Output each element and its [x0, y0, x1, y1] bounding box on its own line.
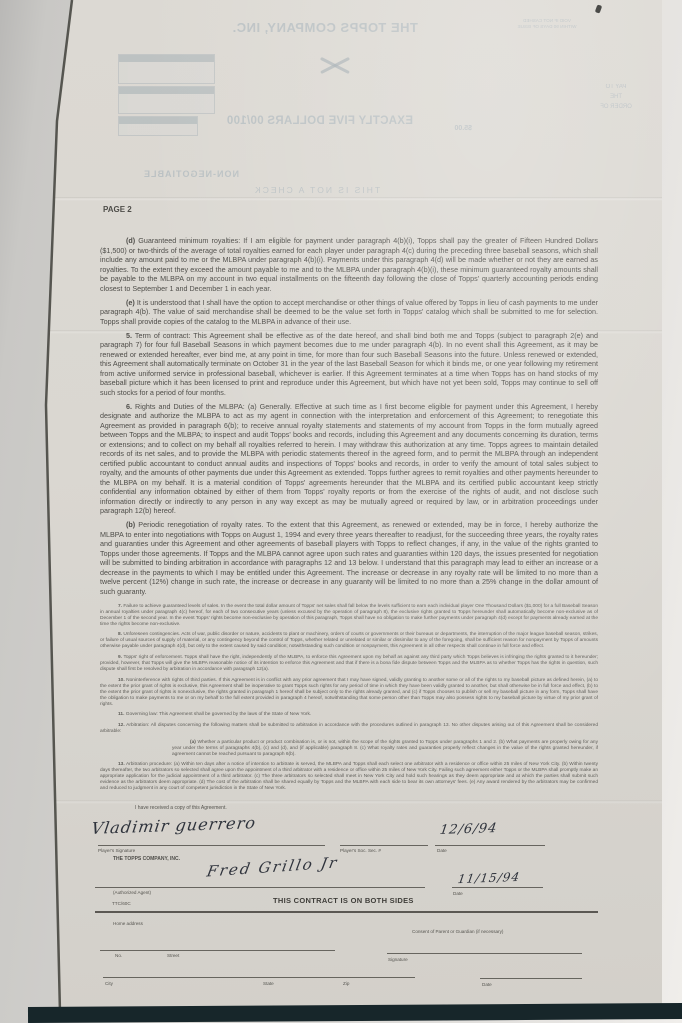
- showthrough-not-a-check: THIS IS NOT A CHECK: [253, 185, 380, 195]
- paragraph-number: (b): [126, 520, 135, 529]
- agent-date-line: [452, 887, 543, 888]
- home-address-label: Home address: [113, 921, 143, 926]
- contract-body: (d) Guaranteed minimum royalties: If I a…: [100, 236, 598, 802]
- guardian-signature-line: [387, 953, 582, 954]
- player-signature-label: Player's Signature: [98, 848, 135, 853]
- paragraph-text: Unforeseen contingencies. Acts of war, p…: [100, 632, 598, 649]
- fineprint-11-governing-law: 11. Governing law: This Agreement shall …: [100, 712, 598, 718]
- guardian-date-label: Date: [482, 982, 492, 987]
- paragraph-number: (e): [126, 298, 135, 307]
- city-label: City: [105, 981, 113, 986]
- paragraph-4e: (e) It is understood that I shall have t…: [100, 298, 598, 327]
- player-signature-line: [98, 845, 325, 846]
- showthrough-pay-to: PAY TO THE ORDER OF: [590, 82, 642, 112]
- paragraph-4d: (d) Guaranteed minimum royalties: If I a…: [100, 236, 598, 293]
- agent-date-handwriting: 11/15/94: [457, 870, 521, 886]
- paragraph-6a-mlbpa: 6. Rights and Duties of the MLBPA: (a) G…: [100, 402, 598, 516]
- paragraph-text: Topps' right of enforcement. Topps shall…: [100, 655, 598, 672]
- check-field-header: [119, 55, 214, 62]
- player-signature-handwriting: Vladimir guerrero: [90, 813, 257, 838]
- check-showthrough: THE TOPPS COMPANY, INC. VOID IF NOT CASH…: [40, 0, 662, 215]
- agent-date-label: Date: [453, 891, 463, 896]
- pay-to-line: THE: [610, 94, 622, 100]
- paragraph-number: 13.: [118, 762, 125, 767]
- paragraph-number: (a): [190, 740, 196, 745]
- paragraph-text: Failure to achieve guaranteed levels of …: [100, 604, 598, 627]
- paragraph-text: Guaranteed minimum royalties: If I am el…: [100, 236, 598, 293]
- paragraph-number: 10.: [118, 678, 125, 683]
- fineprint-12-arbitration: 12. Arbitration: All disputes concerning…: [100, 723, 598, 735]
- company-name: THE TOPPS COMPANY, INC.: [113, 856, 180, 862]
- player-date-label: Date: [437, 848, 447, 853]
- paragraph-number: 5.: [126, 331, 132, 340]
- agent-signature-handwriting: Fred Grillo Jr: [205, 854, 340, 881]
- fineprint-9-enforcement: 9. Topps' right of enforcement. Topps sh…: [100, 655, 598, 673]
- paragraph-number: 6.: [126, 402, 132, 411]
- street-label: Street: [167, 953, 179, 958]
- paragraph-number: (d): [126, 236, 135, 245]
- received-copy-statement: I have received a copy of this Agreement…: [135, 805, 227, 811]
- check-field-header: [119, 87, 214, 94]
- player-date-line: [435, 845, 545, 846]
- paragraph-number: 9.: [118, 655, 122, 660]
- paragraph-text: Whether a particular product or product …: [172, 740, 598, 757]
- paragraph-number: 11.: [118, 712, 124, 717]
- paragraph-number: 8.: [118, 632, 122, 637]
- street-address-line: [100, 950, 335, 951]
- paragraph-text: Arbitration procedure: (a) Within ten da…: [100, 762, 598, 791]
- paragraph-text: Term of contract: This Agreement shall b…: [100, 331, 598, 397]
- pay-to-line: PAY TO: [606, 84, 627, 90]
- paragraph-text: Arbitration: All disputes concerning the…: [100, 723, 598, 734]
- paragraph-number: 12.: [118, 723, 125, 728]
- showthrough-company-name: THE TOPPS COMPANY, INC.: [190, 20, 460, 35]
- paragraph-text: Periodic renegotiation of royalty rates.…: [100, 520, 598, 596]
- guardian-date-line: [480, 978, 582, 979]
- contract-photo: THE TOPPS COMPANY, INC. VOID IF NOT CASH…: [0, 0, 682, 1023]
- guardian-signature-label: Signature: [388, 957, 408, 962]
- paragraph-text: Noninterference with rights of third par…: [100, 678, 598, 707]
- showthrough-void-notice: VOID IF NOT CASHED WITHIN 90 DAYS OF ISS…: [502, 18, 592, 30]
- check-field-header: [119, 117, 197, 124]
- consent-label: Consent of Parent or Guardian (if necess…: [412, 929, 503, 934]
- page-number-label: PAGE 2: [103, 205, 132, 214]
- fineprint-8-contingencies: 8. Unforeseen contingencies. Acts of war…: [100, 632, 598, 650]
- paragraph-6b-renegotiation: (b) Periodic renegotiation of royalty ra…: [100, 520, 598, 596]
- fineprint-12-arbitrable-items: (a) Whether a particular product or prod…: [172, 740, 598, 758]
- player-ssn-line: [340, 845, 428, 846]
- player-date-handwriting: 12/6/94: [439, 821, 499, 838]
- section-divider-rule: [95, 911, 598, 913]
- both-sides-notice: THIS CONTRACT IS ON BOTH SIDES: [273, 896, 414, 905]
- fineprint-10-noninterference: 10. Noninterference with rights of third…: [100, 678, 598, 708]
- void-line-2: WITHIN 90 DAYS OF ISSUE: [518, 24, 577, 29]
- showthrough-amount-words: EXACTLY FIVE DOLLARS 00/100: [218, 115, 413, 127]
- fineprint-7-guaranteed-sales: 7. Failure to achieve guaranteed levels …: [100, 604, 598, 628]
- showthrough-non-negotiable: NON-NEGOTIABLE: [143, 169, 239, 179]
- pay-to-line: ORDER OF: [600, 104, 632, 110]
- state-label: State: [263, 981, 274, 986]
- zip-label: Zip: [343, 981, 349, 986]
- paragraph-text: Governing law: This Agreement shall be g…: [126, 712, 312, 717]
- authorized-agent-label: (Authorized Agent): [113, 890, 151, 895]
- player-ssn-label: Player's Soc. Sec. #: [340, 848, 381, 853]
- city-state-zip-line: [103, 977, 415, 978]
- check-field-box: [118, 86, 215, 114]
- check-field-box: [118, 116, 198, 136]
- table-edge-shadow: [28, 1003, 682, 1023]
- showthrough-amount-numeric: $5.00: [430, 125, 472, 132]
- form-code: TTC/60C: [112, 901, 131, 906]
- paragraph-text: Rights and Duties of the MLBPA: (a) Gene…: [100, 402, 598, 516]
- paragraph-5-term: 5. Term of contract: This Agreement shal…: [100, 331, 598, 398]
- fineprint-13-arbitration-procedure: 13. Arbitration procedure: (a) Within te…: [100, 762, 598, 792]
- paragraph-text: It is understood that I shall have the o…: [100, 298, 598, 326]
- void-line-1: VOID IF NOT CASHED: [523, 18, 571, 23]
- paragraph-number: 7.: [118, 604, 122, 609]
- agent-signature-line: [95, 887, 425, 888]
- no-label: No.: [115, 953, 122, 958]
- contract-page: THE TOPPS COMPANY, INC. VOID IF NOT CASH…: [40, 0, 662, 1013]
- check-field-box: [118, 54, 215, 84]
